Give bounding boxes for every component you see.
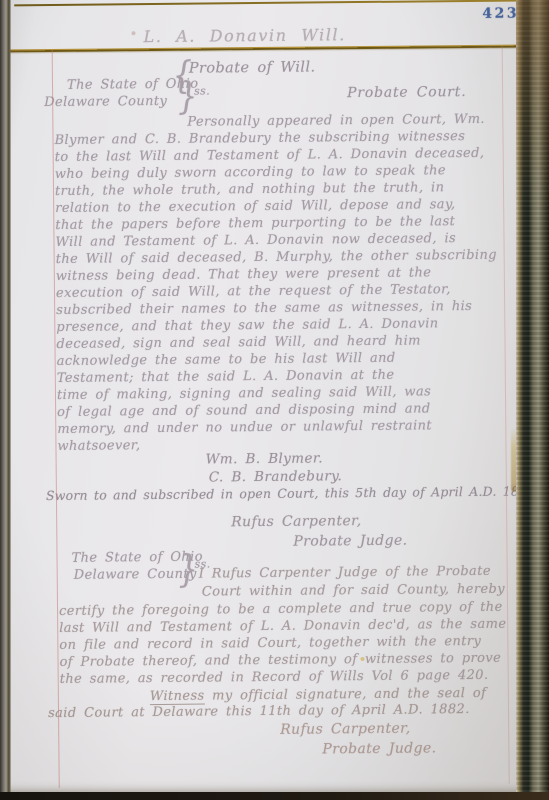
foxing-spot — [131, 31, 135, 35]
top-gold-rule — [14, 0, 524, 6]
ledger-page: 423 L. A. Donavin Will. { Probate of Wil… — [0, 0, 520, 793]
witness-line-rest: my official signature, and the seal of — [205, 686, 487, 704]
judge-title: Probate Judge. — [231, 531, 407, 553]
witness-word: Witness — [150, 689, 205, 706]
judge-title: Probate Judge. — [280, 738, 436, 759]
witness-signature: Wm. B. Blymer. — [206, 450, 343, 469]
book-left-edge — [0, 0, 11, 800]
ink-spot — [361, 657, 365, 661]
header-gold-rule — [0, 44, 525, 52]
probate-court-label: Probate Court. — [347, 84, 466, 101]
sworn-attestation-line: Sworn to and subscribed in open Court, t… — [46, 483, 540, 503]
page-number: 423 — [482, 5, 519, 21]
page-header-title: L. A. Donavin Will. — [143, 25, 346, 46]
witness-signatures: Wm. B. Blymer. C. B. Brandebury. — [206, 450, 343, 486]
judge-signature-block-final: Rufus Carpenter, Probate Judge. — [280, 718, 436, 759]
page-content: 423 L. A. Donavin Will. { Probate of Wil… — [0, 0, 524, 795]
certificate-line: the same, as recorded in Record of Wills… — [60, 666, 528, 687]
book-binding-edge — [516, 0, 549, 800]
witness-signature: C. B. Brandebury. — [206, 468, 343, 487]
certificate-body: certify the foregoing to be a complete a… — [59, 598, 528, 687]
book-bottom-edge — [0, 792, 549, 800]
scanned-ledger-photo: 423 L. A. Donavin Will. { Probate of Wil… — [0, 0, 549, 800]
probate-of-will-heading: Probate of Will. — [189, 59, 316, 76]
judge-name: Rufus Carpenter, — [231, 511, 407, 533]
certificate-opening-line: I Rufus Carpenter Judge of the Probate — [199, 564, 491, 582]
jurisdiction-county: Delaware County — [44, 94, 167, 110]
testimony-paragraph: Personally appeared in open Court, Wm. B… — [54, 111, 513, 455]
jurisdiction-ss: ss. — [194, 84, 210, 97]
certificate-opening-line: Court within and for said County, hereby — [202, 582, 505, 600]
judge-signature-block: Rufus Carpenter, Probate Judge. — [231, 511, 407, 553]
judge-name: Rufus Carpenter, — [280, 718, 436, 739]
